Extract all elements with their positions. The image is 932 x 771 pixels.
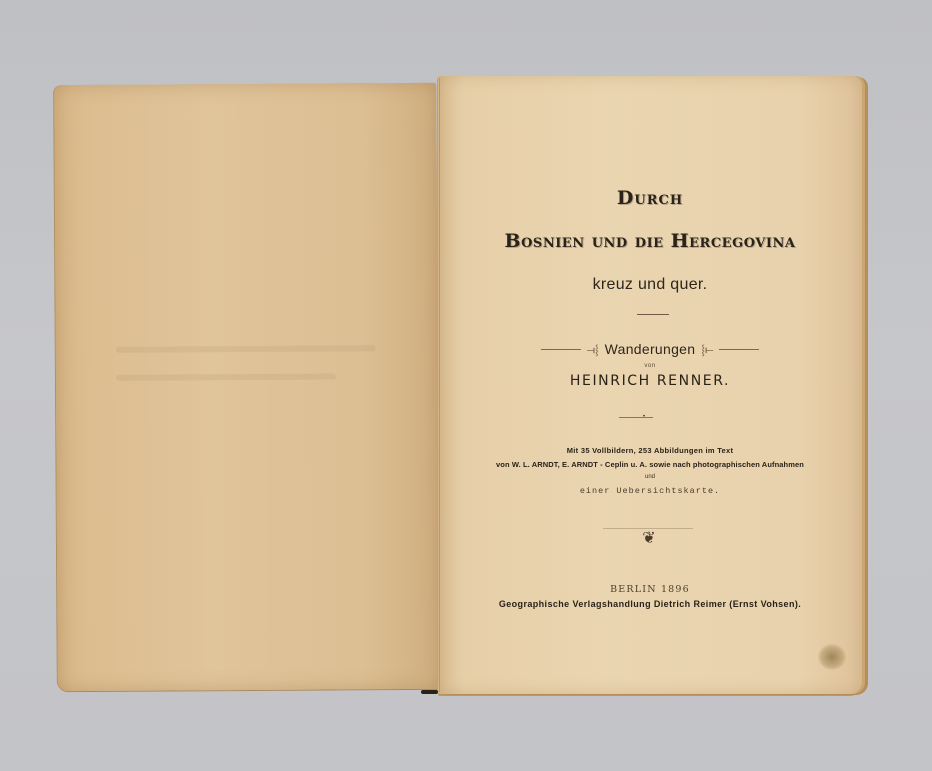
divider-dot: • — [643, 414, 645, 420]
rule-right — [719, 349, 759, 350]
illustrations-line-1: Mit 35 Vollbildern, 253 Abbildungen im T… — [438, 446, 862, 455]
show-through-text — [116, 373, 336, 380]
genre-row: ⟞⸾ Wanderungen ⸾⟝ — [438, 340, 862, 358]
ornament-left-icon: ⟞⸾ — [587, 342, 599, 356]
genre-label: Wanderungen — [605, 341, 696, 357]
map-line: einer Uebersichtskarte. — [438, 486, 862, 496]
rule-left — [541, 349, 581, 350]
divider-rule — [637, 314, 669, 315]
place-date: BERLIN 1896 — [438, 584, 862, 595]
open-book: Durch Bosnien und die Hercegovina kreuz … — [0, 0, 932, 771]
foxing-stain — [818, 644, 846, 670]
author-name: HEINRICH RENNER. — [438, 373, 862, 389]
left-blank-page — [54, 83, 440, 691]
spine-headband — [421, 690, 438, 694]
show-through-text — [116, 345, 376, 353]
subtitle: kreuz und quer. — [438, 276, 862, 294]
publisher: Geographische Verlagshandlung Dietrich R… — [438, 599, 862, 609]
title-line-2: Bosnien und die Hercegovina — [438, 230, 862, 252]
illustrations-line-2: von W. L. ARNDT, E. ARNDT - Ceplin u. A.… — [438, 460, 862, 469]
by-label: von — [438, 363, 862, 369]
and-label: und — [438, 474, 862, 480]
fleuron-ornament-icon: ❦ — [438, 528, 862, 547]
ornament-right-icon: ⸾⟝ — [701, 342, 713, 356]
divider-rule-dotted — [619, 417, 653, 418]
title-line-1: Durch — [438, 187, 862, 209]
